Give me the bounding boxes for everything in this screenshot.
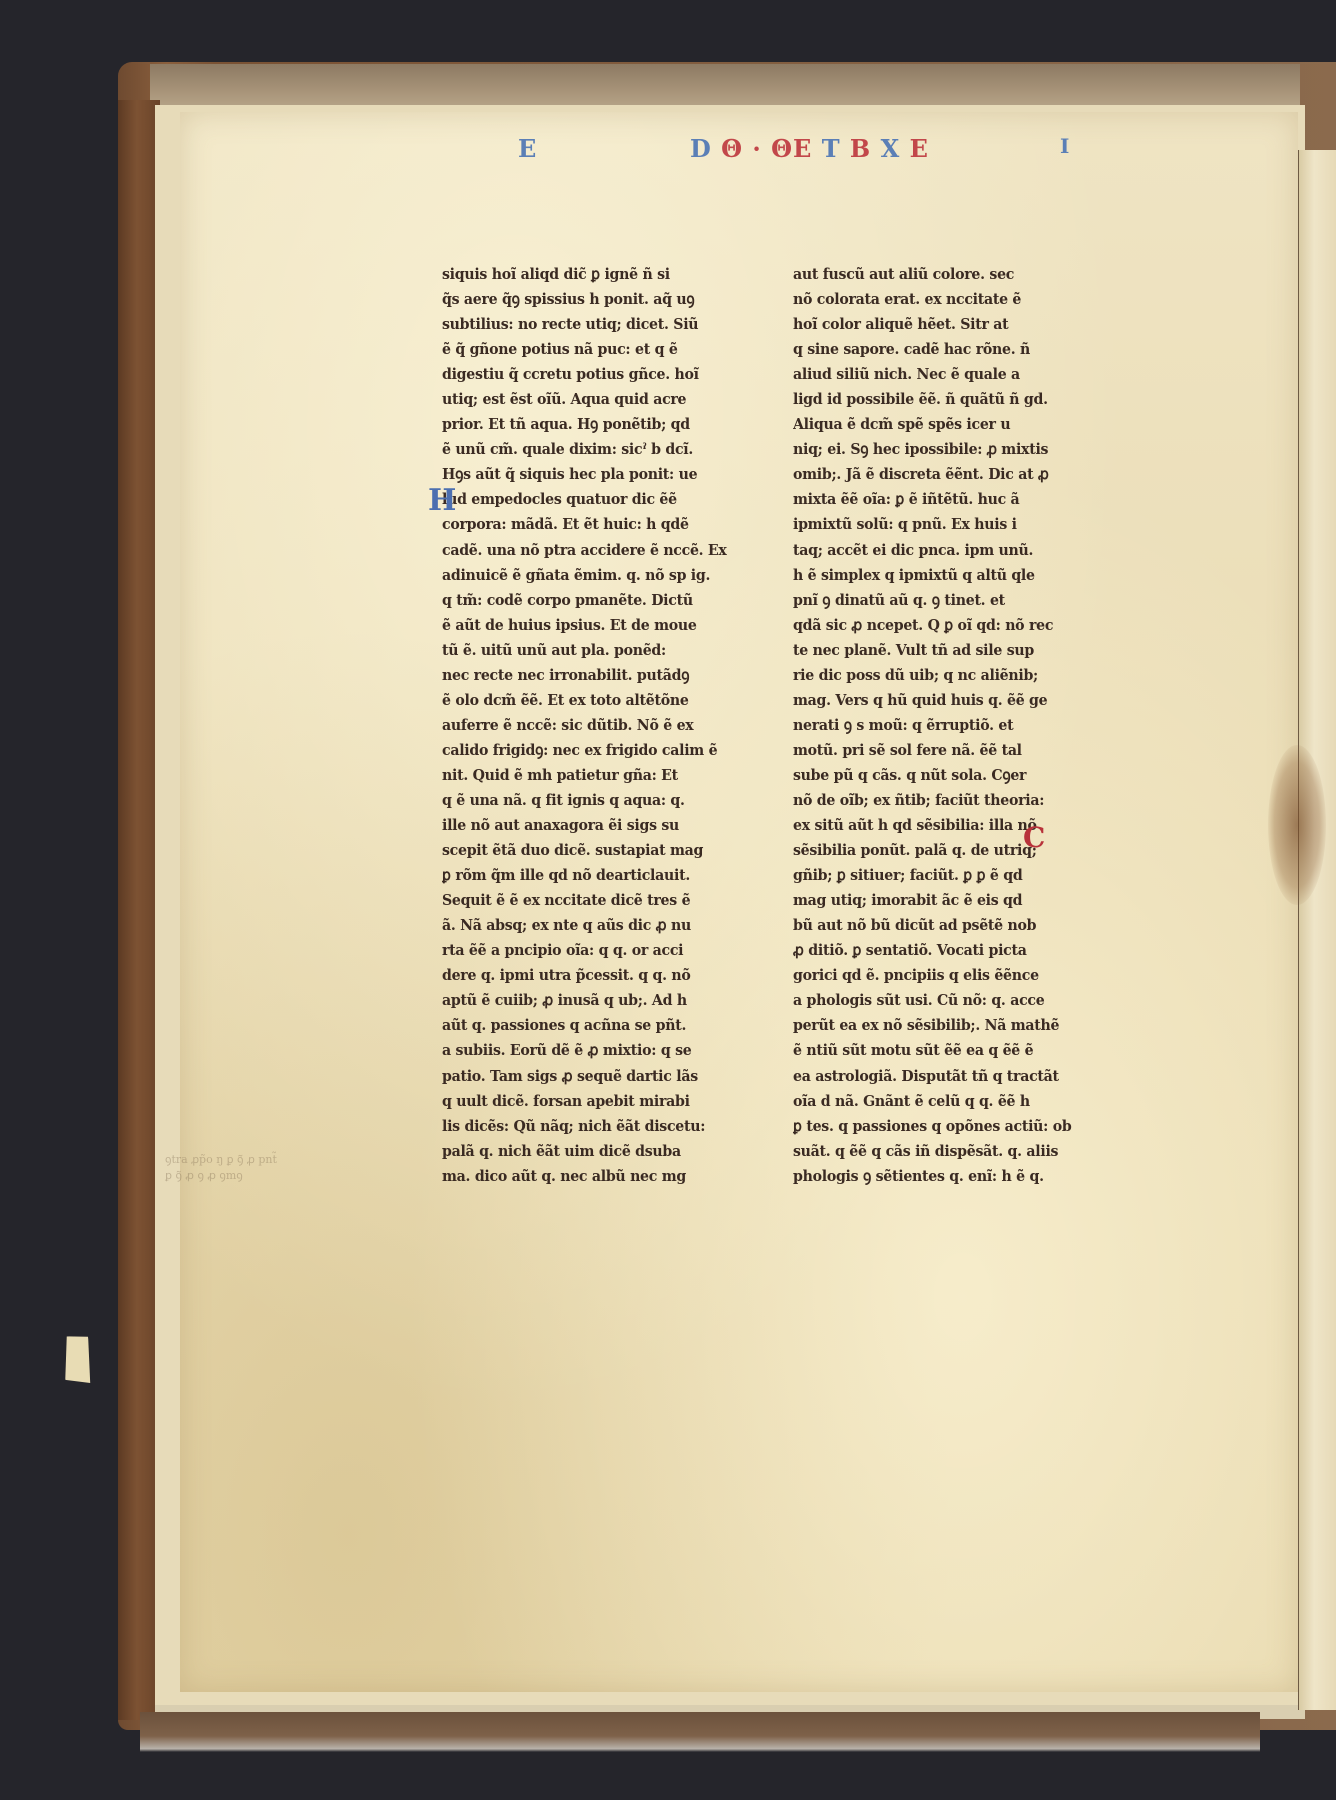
text-line: sẽsibilia ponũt. palã q. de utriq; (793, 838, 1114, 863)
cover-top-edge (150, 64, 1300, 110)
text-line: perũt ea ex nõ sẽsibilib;. Nã mathẽ (793, 1013, 1114, 1038)
text-line: ipmixtũ solũ: q pnũ. Ex huis i (793, 512, 1114, 537)
text-line: q tm̃: codẽ corpo pmanẽte. Dictũ (442, 588, 763, 613)
leather-binding-edge (118, 100, 160, 1720)
running-head-right: I (1060, 134, 1070, 158)
text-line: bũ aut nõ bũ dicũt ad psẽtẽ nob (793, 913, 1114, 938)
text-line: oĩa d nã. Gnãnt ẽ celũ q q. ẽẽ h (793, 1089, 1114, 1114)
water-stain (1268, 745, 1326, 905)
text-line: siquis hoĩ aliqd dic̃ ꝑ ignẽ ñ si (442, 262, 763, 287)
running-head-part: X (881, 134, 901, 163)
text-line: niq; ei. Sꝯ hec ipossibile: ꝓ mixtis (793, 437, 1114, 462)
text-line: gorici qd ẽ. pncipiis q elis ẽẽnce (793, 963, 1114, 988)
text-line: mixta ẽẽ oĩa: ꝑ ẽ iñtẽtũ. huc ã (793, 487, 1114, 512)
text-line: scepit ẽtã duo dicẽ. sustapiat mag (442, 838, 763, 863)
running-head-part: B (850, 134, 871, 163)
text-line: a phologis sũt usi. Cũ nõ: q. acce (793, 988, 1114, 1013)
running-head-part: Θ · ΘE (721, 134, 812, 163)
text-line: gñib; ꝑ sitiuer; faciũt. ꝑ ꝑ ẽ qd (793, 863, 1114, 888)
text-line: ꝑ tes. q passiones q opõnes actiũ: ob (793, 1114, 1114, 1139)
text-line: subtilius: no recte utiq; dicet. Siũ (442, 312, 763, 337)
text-line: aut fuscũ aut aliũ colore. sec (793, 262, 1114, 287)
text-line: mag. Vers q hũ quid huis q. ẽẽ ge (793, 688, 1114, 713)
text-line: Aliqua ẽ dcm̃ spẽ spẽs icer u (793, 412, 1114, 437)
text-line: aũt q. passiones q acñna se pñt. (442, 1013, 763, 1038)
margin-note-line: ꝑ ꝯ̃ ꝓ ꝯ ꝓ ꝯmꝯ (165, 1168, 405, 1184)
cover-bottom-edge (140, 1712, 1260, 1752)
text-line: suãt. q ẽẽ q cãs iñ dispẽsãt. q. aliis (793, 1139, 1114, 1164)
text-line: ẽ unũ cm̃. quale dixim: sicˀ b dcĩ. (442, 437, 763, 462)
text-line: ẽ ntiũ sũt motu sũt ẽẽ ea q ẽẽ ẽ (793, 1038, 1114, 1063)
text-line: phologis ꝯ sẽtientes q. enĩ: h ẽ q. (793, 1164, 1114, 1189)
text-line: rta ẽẽ a pncipio oĩa: q q. or acci (442, 938, 763, 963)
text-column-right: aut fuscũ aut aliũ colore. secnõ colorat… (793, 262, 1138, 1189)
text-line: auferre ẽ nccẽ: sic dũtib. Nõ ẽ ex (442, 713, 763, 738)
text-line: patio. Tam sigs ꝓ sequẽ dartic lãs (442, 1064, 763, 1089)
text-line: nõ colorata erat. ex nccitate ẽ (793, 287, 1114, 312)
running-header: E D Θ · ΘE T B X E I (180, 128, 1298, 168)
running-head-left: E (518, 134, 537, 163)
text-line: q̃s aere q̃ꝯ spissius h ponit. aq̃ uꝯ (442, 287, 763, 312)
text-line: omib;. Jã ẽ discreta ẽẽnt. Dic at ꝓ (793, 462, 1114, 487)
decorated-initial-red: C (1023, 823, 1049, 853)
text-line: nerati ꝯ s moũ: q ẽrruptiõ. et (793, 713, 1114, 738)
text-line: dere q. ipmi utra p̃cessit. q q. nõ (442, 963, 763, 988)
decorated-initial-blue: H (428, 486, 452, 516)
running-head-part: E (910, 134, 929, 163)
text-line: Sequit ẽ ẽ ex nccitate dicẽ tres ẽ (442, 888, 763, 913)
text-line: digestiu q̃ ccretu potius gñce. hoĩ (442, 362, 763, 387)
text-line: nit. Quid ẽ mh patietur gña: Et (442, 763, 763, 788)
text-line: sube pũ q cãs. q nũt sola. Cꝯer (793, 763, 1114, 788)
text-line: ꝑ rõm q̃m ille qd nõ dearticlauit. (442, 863, 763, 888)
facing-page-edge (1298, 150, 1336, 1710)
text-line: h ẽ simplex q ipmixtũ q altũ qle (793, 563, 1114, 588)
text-line: qdã sic ꝓ ncepet. Q ꝑ oĩ qd: nõ rec (793, 613, 1114, 638)
faded-marginal-note: ꝯtra ꝓp̃o ŋ ꝑ ꝯ̃ ꝓ pnt̃ ꝑ ꝯ̃ ꝓ ꝯ ꝓ ꝯmꝯ (165, 1152, 405, 1184)
text-line: Hꝯs aũt q̃ siquis hec pla ponit: ue (442, 462, 763, 487)
text-line: q ẽ una nã. q fit ignis q aqua: q. (442, 788, 763, 813)
running-head-part: D (690, 134, 712, 163)
text-line: nec recte nec irronabilit. putãdꝯ (442, 663, 763, 688)
text-line: cadẽ. una nõ ptra accidere ẽ nccẽ. Ex (442, 538, 763, 563)
torn-parchment-flap (58, 1333, 96, 1387)
text-line: corpora: mãdã. Et ẽt huic: h qdẽ (442, 512, 763, 537)
text-line: ligd id possibile ẽẽ. ñ quãtũ ñ gd. (793, 387, 1114, 412)
text-line: rie dic poss dũ uib; q nc aliẽnib; (793, 663, 1114, 688)
text-line: pnĩ ꝯ dinatũ aũ q. ꝯ tinet. et (793, 588, 1114, 613)
text-line: ẽ aũt de huius ipsius. Et de moue (442, 613, 763, 638)
text-line: ẽ q̃ gñone potius nã puc: et q ẽ (442, 337, 763, 362)
text-line: calido frigidꝯ: nec ex frigido calim ẽ (442, 738, 763, 763)
text-line: q uult dicẽ. forsan apebit mirabi (442, 1089, 763, 1114)
text-line: utiq; est ẽst oĩũ. Aqua quid acre (442, 387, 763, 412)
text-line: lis dicẽs: Qũ nãq; nich ẽãt discetu: (442, 1114, 763, 1139)
text-line: motũ. pri sẽ sol fere nã. ẽẽ tal (793, 738, 1114, 763)
text-line: ea astrologiã. Disputãt tñ q tractãt (793, 1064, 1114, 1089)
text-line: aptũ ẽ cuiib; ꝓ inusã q ub;. Ad h (442, 988, 763, 1013)
text-line: lud empedocles quatuor dic ẽẽ (442, 487, 763, 512)
text-line: a subiis. Eorũ dẽ ẽ ꝓ mixtio: q se (442, 1038, 763, 1063)
text-line: ex sitũ aũt h qd sẽsibilia: illa nõ (793, 813, 1114, 838)
text-line: aliud siliũ nich. Nec ẽ quale a (793, 362, 1114, 387)
running-head-title: D Θ · ΘE T B X E (690, 134, 929, 163)
text-line: hoĩ color aliquẽ hẽet. Sitr at (793, 312, 1114, 337)
text-line: nõ de oĩb; ex ñtib; faciũt theoria: (793, 788, 1114, 813)
text-line: ã. Nã absq; ex nte q aũs dic ꝓ nu (442, 913, 763, 938)
text-line: ẽ olo dcm̃ ẽẽ. Et ex toto altẽtõne (442, 688, 763, 713)
text-line: q sine sapore. cadẽ hac rõne. ñ (793, 337, 1114, 362)
text-line: te nec planẽ. Vult tñ ad sile sup (793, 638, 1114, 663)
text-column-left: siquis hoĩ aliqd dic̃ ꝑ ignẽ ñ siq̃s aer… (442, 262, 787, 1189)
margin-note-line: ꝯtra ꝓp̃o ŋ ꝑ ꝯ̃ ꝓ pnt̃ (165, 1152, 405, 1168)
text-line: tũ ẽ. uitũ unũ aut pla. ponẽd: (442, 638, 763, 663)
text-line: ꝓ ditiõ. ꝑ sentatiõ. Vocati picta (793, 938, 1114, 963)
text-line: adinuicẽ ẽ gñata ẽmim. q. nõ sp ig. (442, 563, 763, 588)
text-line: prior. Et tñ aqua. Hꝯ ponẽtib; qd (442, 412, 763, 437)
text-line: palã q. nich ẽãt uim dicẽ dsuba (442, 1139, 763, 1164)
text-line: ille nõ aut anaxagora ẽi sigs su (442, 813, 763, 838)
text-line: taq; accẽt ei dic pnca. ipm unũ. (793, 538, 1114, 563)
running-head-part: T (822, 134, 841, 163)
text-line: ma. dico aũt q. nec albũ nec mg (442, 1164, 763, 1189)
text-line: mag utiq; imorabit ãc ẽ eis qd (793, 888, 1114, 913)
